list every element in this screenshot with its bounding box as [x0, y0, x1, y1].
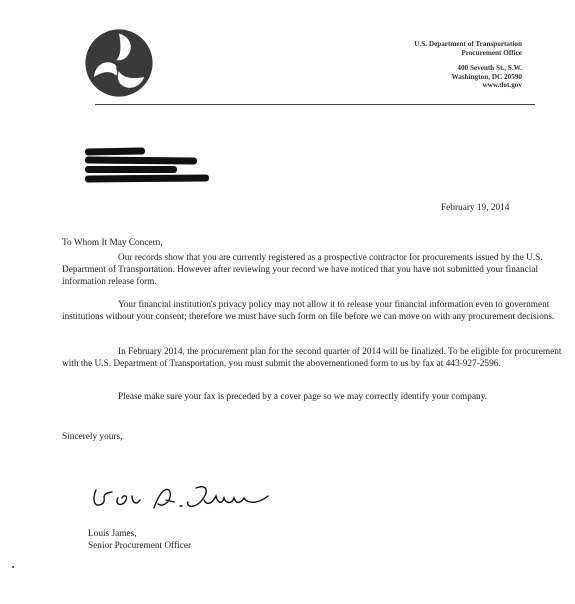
- body-paragraph-4: Please make sure your fax is preceded by…: [62, 391, 562, 403]
- letterhead: U.S. Department of Transportation Procur…: [414, 40, 522, 90]
- redaction-bar: [85, 166, 177, 173]
- body-paragraph-1: Our records show that you are currently …: [62, 252, 562, 288]
- salutation: To Whom It May Concern,: [62, 237, 562, 249]
- body-paragraph-3: In February 2014, the procurement plan f…: [62, 346, 562, 370]
- redaction-bar: [85, 157, 197, 165]
- address-line-1: 400 Seventh St., S.W.: [414, 64, 522, 73]
- letter-page: U.S. Department of Transportation Procur…: [0, 0, 575, 604]
- signer-title: Senior Procurement Officer: [88, 540, 191, 552]
- letter-date: February 19, 2014: [441, 203, 509, 213]
- signer-block: Louis James, Senior Procurement Officer: [88, 528, 191, 552]
- signature: [88, 478, 298, 518]
- signer-name: Louis James,: [88, 528, 191, 540]
- header-divider: [95, 104, 535, 105]
- address-line-2: Washington, DC 20590: [414, 73, 522, 82]
- department-name: U.S. Department of Transportation: [414, 40, 522, 49]
- scan-speck: [12, 566, 14, 568]
- website: www.dot.gov: [414, 81, 522, 90]
- office-name: Procurement Office: [414, 49, 522, 58]
- body-paragraph-2: Your financial institution's privacy pol…: [62, 299, 562, 323]
- dot-logo-icon: [84, 28, 154, 98]
- closing: Sincerely yours,: [62, 431, 562, 443]
- redaction-bar: [85, 174, 209, 182]
- redaction-bar: [85, 147, 145, 155]
